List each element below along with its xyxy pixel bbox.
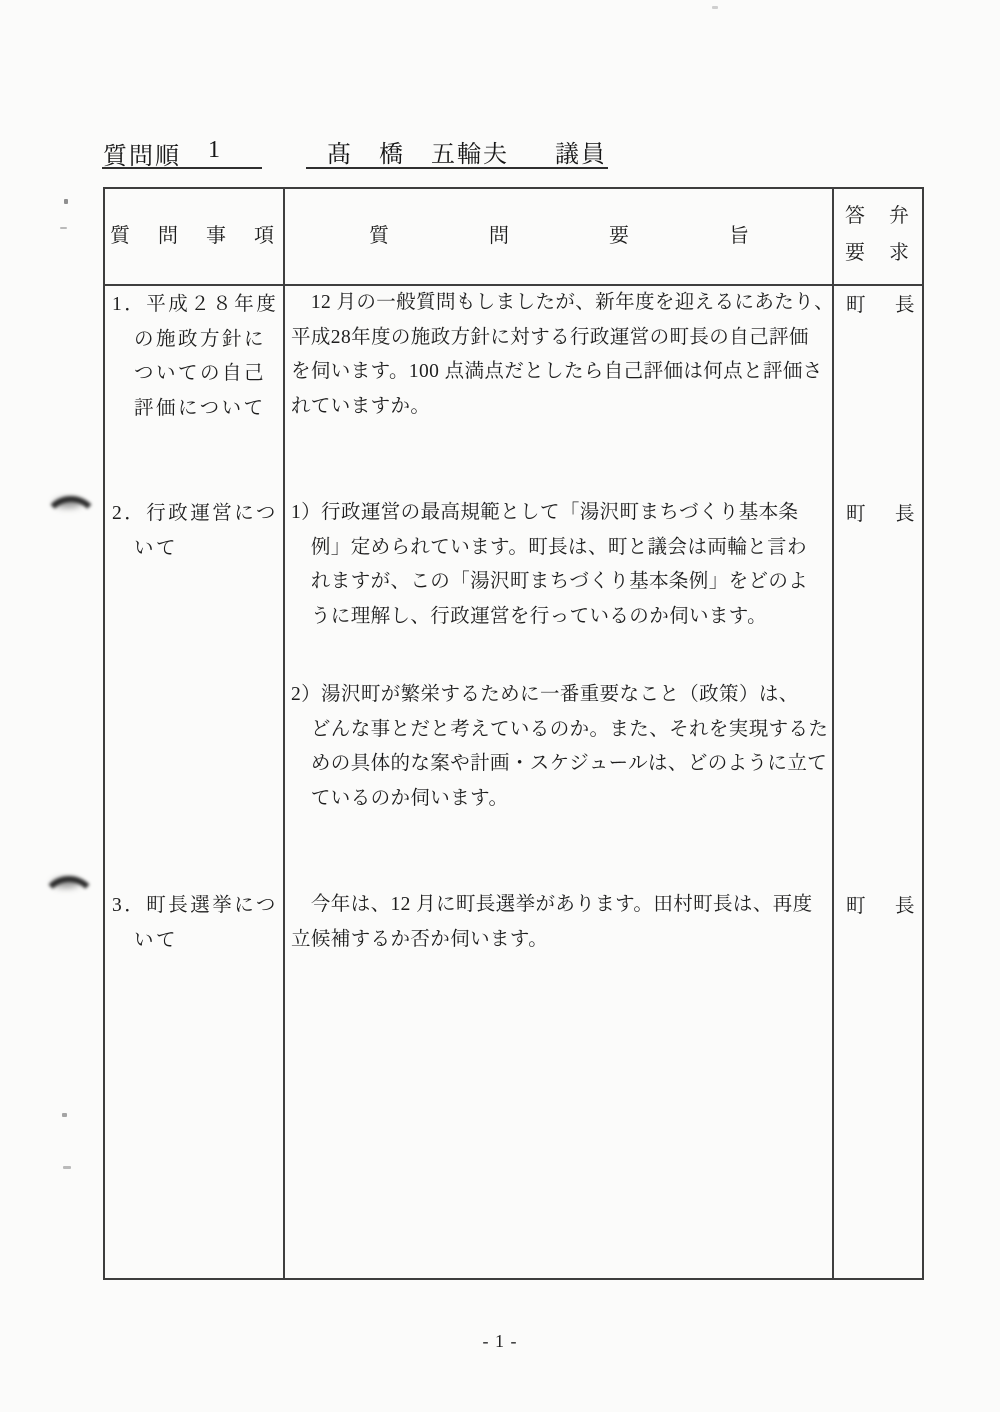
header-answer-request: 答 弁 要 求 (834, 198, 922, 272)
table-row-1-summary: 12 月の一般質問もしましたが、新年度を迎えるにあたり、 平成28年度の施政方針… (291, 286, 836, 424)
scan-speck (64, 199, 68, 204)
table-row-2-summary-part2: 2）湯沢町が繁栄するために一番重要なこと（政策）は、 どんな事とだと考えているの… (291, 678, 836, 816)
question-order-number: 1 (208, 137, 222, 164)
scan-speck (62, 1113, 67, 1117)
table-column-divider-1 (283, 187, 285, 1278)
hole-punch-mark-bottom (40, 876, 98, 934)
council-member-suffix: 議員 (555, 134, 607, 169)
scanned-document-page: 質問順 1 髙 橋 五輪夫 議員 質 問 事 項 質 問 要 旨 答 弁 要 求… (0, 0, 1000, 1412)
table-row-3-respondent: 町 長 (846, 890, 922, 925)
scan-speck (60, 227, 67, 229)
table-row-1-respondent: 町 長 (846, 289, 922, 324)
scan-speck (712, 6, 718, 9)
hole-punch-mark-top (42, 496, 100, 554)
header-question-summary: 質 問 要 旨 (285, 219, 833, 248)
title-underline-left (102, 167, 262, 169)
table-row-1-item: 1．平成２８年度 の施政方針に ついての自己 評価について (112, 288, 282, 426)
table-row-2-summary-part1: 1）行政運営の最高規範として「湯沢町まちづくり基本条 例」定められています。町長… (291, 496, 836, 634)
scan-speck (63, 1166, 71, 1169)
council-member-name: 髙 橋 五輪夫 (327, 134, 509, 169)
table-row-3-item: 3．町長選挙につ いて (112, 889, 282, 958)
question-order-label: 質問順 (103, 136, 181, 171)
header-question-item: 質 問 事 項 (104, 219, 284, 248)
table-row-2-respondent: 町 長 (846, 498, 922, 533)
title-underline-right (306, 167, 608, 169)
table-row-2-item: 2．行政運営につ いて (112, 497, 282, 566)
table-row-3-summary: 今年は、12 月に町長選挙があります。田村町長は、再度 立候補するか否か伺います… (291, 888, 836, 957)
page-number: - 1 - (0, 1331, 1000, 1352)
